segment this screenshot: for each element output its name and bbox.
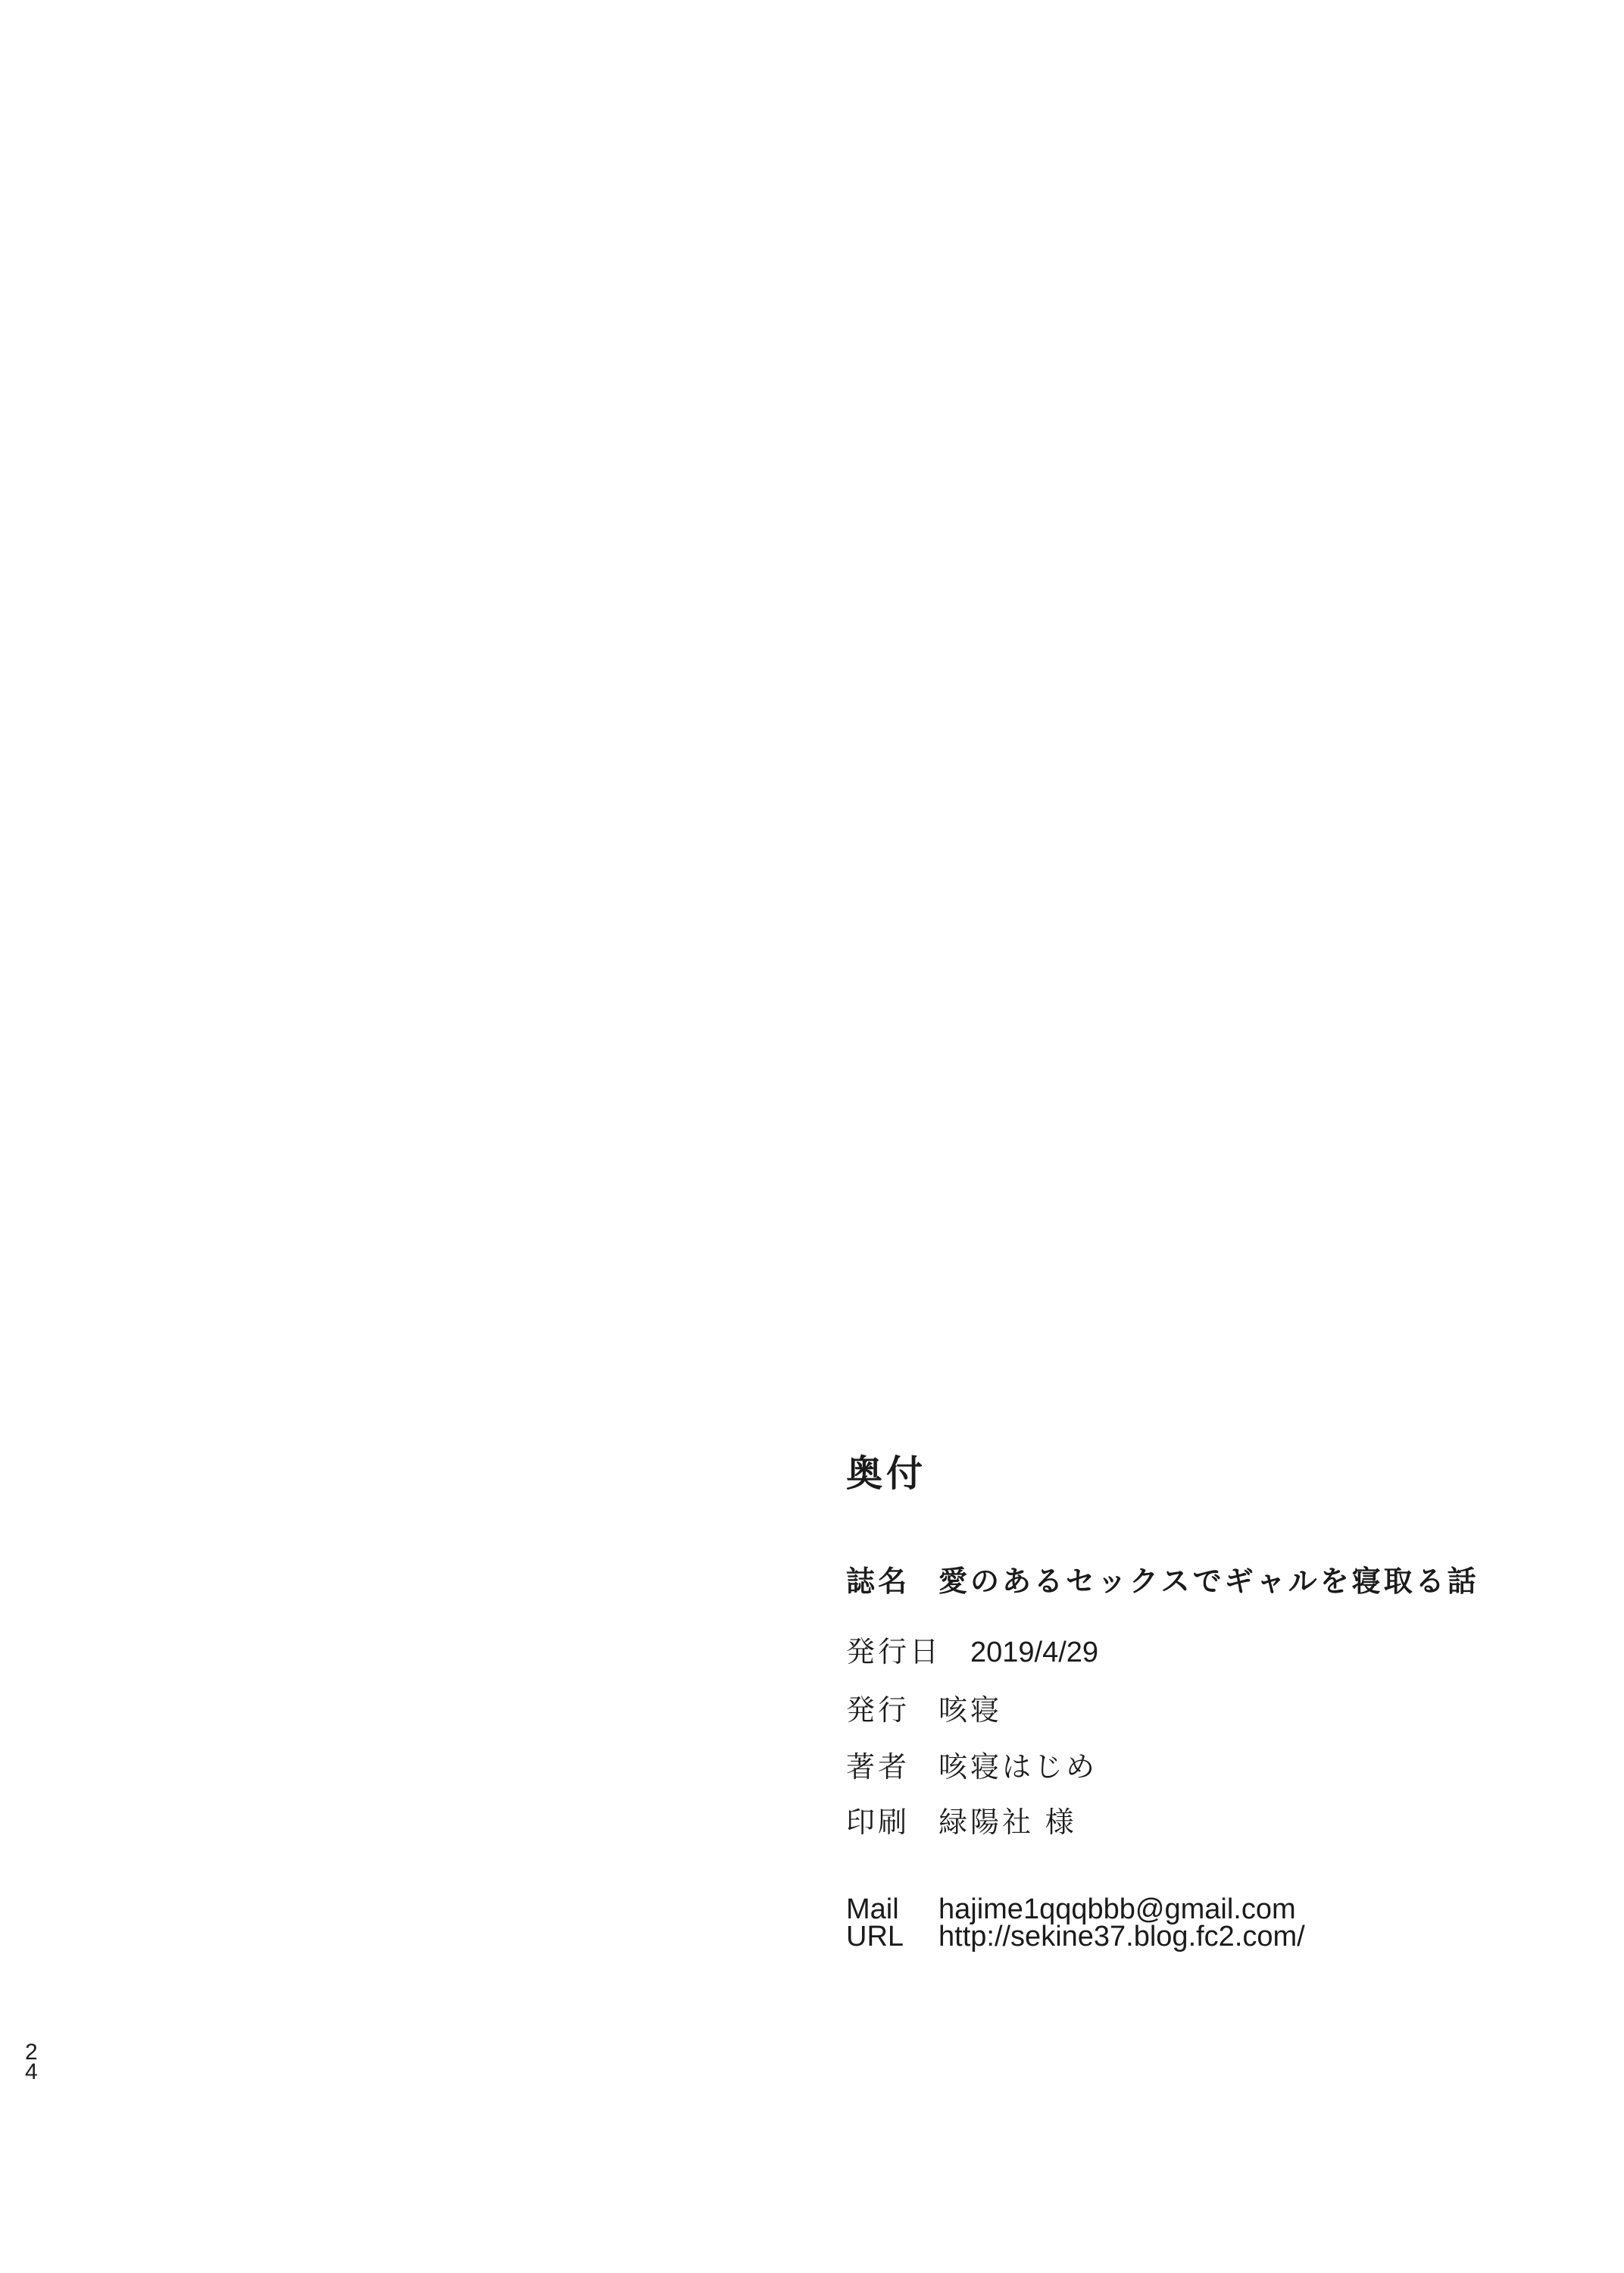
colophon-row-title: 誌名愛のあるセックスでギャルを寝取る話 [846, 1568, 1479, 1596]
mail-label: Mail [846, 1895, 910, 1924]
scanned-colophon-page: 奥付 誌名愛のあるセックスでギャルを寝取る話 発行日2019/4/29 発行咳寝… [0, 0, 1624, 2273]
publish-date-label: 発行日 [846, 1638, 942, 1667]
colophon-heading: 奥付 [846, 1456, 926, 1493]
title-value: 愛のあるセックスでギャルを寝取る話 [938, 1566, 1479, 1598]
page-number-digit-bottom: 4 [25, 2062, 38, 2082]
colophon-row-publish-date: 発行日2019/4/29 [846, 1638, 1098, 1667]
title-label: 誌名 [846, 1568, 910, 1596]
colophon-row-mail: Mailhajime1qqqbbb@gmail.com [846, 1895, 1296, 1924]
colophon-row-publisher: 発行咳寝 [846, 1696, 1002, 1725]
printer-label: 印刷 [846, 1809, 910, 1837]
author-value: 咳寝はじめ [938, 1752, 1098, 1784]
printer-value: 緑陽社 様 [938, 1807, 1077, 1839]
page-number: 2 4 [25, 2043, 38, 2082]
url-value: http://sekine37.blog.fc2.com/ [938, 1921, 1305, 1953]
publisher-label: 発行 [846, 1696, 910, 1725]
colophon-row-url: URLhttp://sekine37.blog.fc2.com/ [846, 1922, 1305, 1951]
publisher-value: 咳寝 [938, 1695, 1002, 1727]
author-label: 著者 [846, 1753, 910, 1782]
colophon-row-author: 著者咳寝はじめ [846, 1753, 1098, 1782]
url-label: URL [846, 1922, 910, 1951]
colophon-row-printer: 印刷緑陽社 様 [846, 1809, 1077, 1837]
publish-date-value: 2019/4/29 [970, 1637, 1098, 1668]
